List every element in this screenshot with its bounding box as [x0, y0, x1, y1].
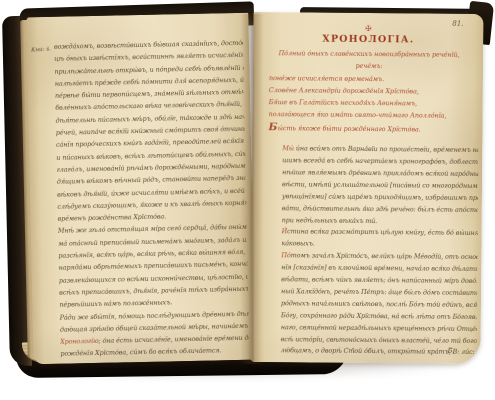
line-text: томъ зача́лъ Хрїсто́съ, вели́къ ца́рь Ме… [291, 252, 478, 262]
line-text: всѣ́ исто́рїи, свѣтоно́сныхъ о́ныхъ влас… [281, 335, 477, 345]
red-initial: По́ [281, 251, 290, 259]
line-text: вѣ́сти, имѣ́яй услыша́тельной [писа́вый … [282, 180, 478, 190]
line-text: пе́рвѣйшихъ на́мъ положе́нныхъ. [59, 299, 172, 309]
rubric-block: По́лный о́ныхъ славе́нскихъ новоизбра́нн… [268, 47, 469, 136]
red-initial: Мы́ [282, 144, 294, 152]
line-text: ный Халкїдо́нъ, рече́тъ Пе́тръ: а́ще бы́… [281, 287, 477, 297]
line-text: нїя [сказа́нїя] въ ключи́мой вре́мени, н… [281, 263, 477, 273]
line-text: полага́ющеся я́ко има́ть свято-чти́маго … [269, 111, 447, 121]
line-text: поне́же исчисля́ется времена́мъ. [269, 74, 384, 83]
line-text: вре́менъ рожде́нства Хрїсто́ва. [58, 213, 167, 223]
line-text: Бо́гу, сохра́ннаго ра́ди Хрїсто́ва, на́ … [281, 311, 477, 321]
red-initial: Хронологі́ю [60, 337, 99, 346]
line-text: По́лный о́ныхъ славе́нскихъ новоизбра́нн… [279, 49, 460, 59]
line-text: ро́дныхъ нача́льникъ свѣ́товъ, послѣ́ Бо… [281, 299, 477, 309]
line-text: стина вся́ка разсмо́тритъ цѣ́лую кни́гу,… [287, 228, 478, 238]
line-text: ы́сть я́коже бы́ти рожде́ннаго Хрїсто́ва… [278, 124, 421, 133]
line-text: Бя́ше въ Гала́тїйскъ несходя́хъ Аѳиня́на… [269, 98, 417, 107]
manuscript-photo: Кни́: ѕ̃. вожда́хомъ, возвѣсти́вшихъ бы́… [0, 0, 495, 400]
left-margin-note: Кни́: ѕ̃. [31, 47, 51, 54]
rubric-line: Бы́сть я́коже бы́ти рожде́ннаго Хрїсто́в… [268, 121, 468, 136]
chapter-heading: ХРОНОЛОГІА. [253, 33, 483, 46]
line-text: рожде́нїя Хрїсто́ва, си́мъ бо вся́къ обл… [60, 347, 221, 358]
right-text-block: а̃.Мы́ и́на вси́мъ отъ Варна́вїи по прош… [281, 143, 479, 359]
line-text: рече́мъ: [356, 62, 383, 70]
line-text: Слове́не Александрі́и дорожде́нїя Хрїсто… [269, 86, 419, 95]
line-text: нѣйше явля́емымъ дре́внимъ прикла́домъ в… [282, 168, 478, 178]
line-text: ва́ти, дѣ́йствительнѣ я́ко здѣ́ рече́но:… [282, 204, 478, 214]
line-text: при недѣ́льныхъ вѣка́хъ ти́. [282, 216, 378, 225]
line-text: шимъ всегда́ въ себѣ́ начерта́емъ хроног… [282, 156, 478, 166]
manuscript-line: рожде́нїя Хрїсто́ва, си́мъ бо вся́къ обл… [60, 344, 249, 360]
line-text: наго, свяще́нной нераздѣ́льныхъ креще́нн… [281, 323, 477, 333]
line-text: вѣ́дати, всѣ́мъ чи́нъ явля́етъ; о́нъ нап… [281, 275, 477, 285]
catchword: Б̃. [448, 347, 455, 355]
right-page: 81. ✠ ХРОНОЛОГІА. По́лный о́ныхъ славе́н… [250, 12, 483, 364]
line-text: увѣща́нїями] си́мъ царе́мъ приходя́щимъ,… [282, 192, 478, 202]
line-text: ка́ковыхъ. [281, 240, 314, 248]
line-text: и́на вси́мъ отъ Варна́вїи по проше́ствїи… [294, 144, 479, 154]
left-text-block: вожда́хомъ, возвѣсти́вшихъ бы́вшая сказа… [54, 37, 250, 361]
red-initial: Б [268, 121, 277, 133]
left-page: Кни́: ѕ̃. вожда́хомъ, возвѣсти́вшихъ бы́… [26, 13, 255, 365]
line-text: ; о́на е́сть исчисле́нїе, именова́нїе вр… [98, 334, 249, 345]
